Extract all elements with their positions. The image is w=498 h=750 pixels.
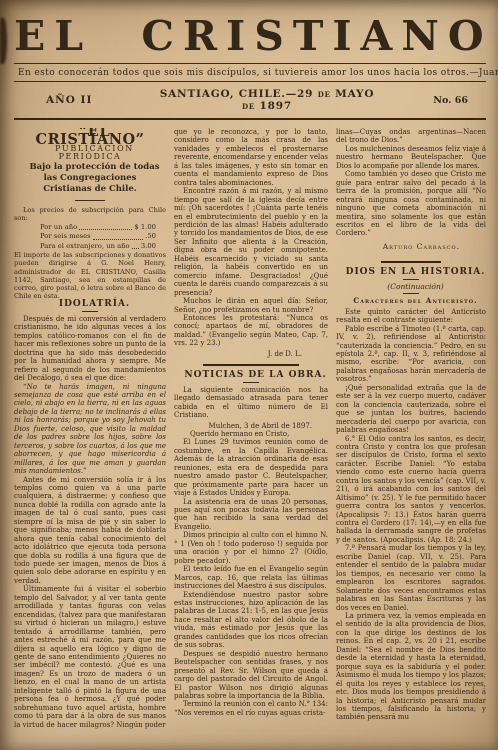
divider: [75, 200, 105, 201]
price-value: 3.00: [141, 242, 156, 252]
continuation-note: (Continuación): [336, 283, 486, 291]
article-paragraph: Los mulcheninos deseamos feliz viaje á n…: [336, 145, 486, 170]
article-paragraph: 6.° El Odio contra los santos, es decir,…: [336, 435, 486, 545]
article-paragraph: Muchos le dirán en aquel día: Señor, Señ…: [174, 297, 328, 314]
column-middle: que yo le reconozca, y por lo tanto, con…: [174, 128, 328, 740]
article-heading-noticias: NOTICIAS DE LA OBRA.: [174, 371, 328, 379]
article-paragraph: Extendiéndose nuestro pastor sobre estas…: [174, 591, 328, 650]
column-layout: “EL CRISTIANO” PUBLICACIÓN PERIÓDICA Baj…: [14, 128, 486, 740]
article-paragraph-quote: “No te harás imagen, ni ninguna semejanz…: [14, 383, 166, 476]
article-paragraph: Encontré razón á mi razón, y al mismo ti…: [174, 187, 328, 297]
dot-leader: [132, 248, 139, 249]
year-label: AÑO II: [18, 94, 156, 106]
masthead: EL CRISTIANO En esto conocerán todos que…: [14, 0, 486, 120]
article-heading-dios-historia: DIOS EN LA HISTORIA.: [336, 268, 486, 276]
article-paragraph: La asistencia era de unas 20 personas, p…: [174, 498, 328, 532]
article-paragraph: ¡Qué personalidad extraña que la de este…: [336, 384, 486, 435]
author-signature: Arturo Carrasco.: [336, 243, 486, 251]
article-paragraph: Terminó la reunión con el canto N.° 134:…: [174, 700, 328, 717]
article-heading-idolatria: IDOLATRÍA.: [14, 300, 166, 308]
publication-title: “EL CRISTIANO”: [14, 128, 166, 145]
admin-note: El importe de las subscripciones y donat…: [14, 251, 166, 300]
motto-text: En esto conocerán todos que sois mis dis…: [18, 68, 482, 78]
letter-salutation: Querido hermano en Cristo,: [174, 430, 328, 438]
price-label: Por seis meses: [40, 232, 91, 242]
price-row: Por seis meses .50: [14, 232, 166, 242]
page-content: EL CRISTIANO En esto conocerán todos que…: [0, 0, 498, 740]
dateline-bar: AÑO II SANTIAGO, CHILE.—29 de MAYO de 18…: [14, 82, 486, 120]
divider: [82, 311, 98, 312]
column-right: linas—Cuyas ondas argentinas—Nacen del t…: [336, 128, 486, 740]
column-left: “EL CRISTIANO” PUBLICACIÓN PERIÓDICA Baj…: [14, 128, 166, 740]
divider: [403, 293, 419, 294]
article-paragraph: Despues se despidió nuestro hermano Beut…: [174, 650, 328, 701]
protection-line: Bajo la protección de todas las Congrega…: [14, 162, 166, 195]
issue-number: No. 66: [378, 95, 482, 106]
price-row: Por un año $ 1.00: [14, 223, 166, 233]
article-paragraph: Después de mi conversión al verdadero cr…: [14, 315, 166, 383]
article-paragraph: La primera vez, la vemos empleada en el …: [336, 612, 486, 722]
article-paragraph: Como también yo deseo que Cristo me guíe…: [336, 170, 486, 238]
motto-bar: En esto conocerán todos que sois mis dis…: [14, 63, 486, 82]
price-value: $ 1.00: [134, 223, 156, 233]
price-label: Para el extranjero, un año: [40, 242, 130, 252]
letter-dateline: Mulchen, 3 de Abril de 1897.: [174, 422, 328, 430]
article-paragraph: Dimos principio al culto con el himno N.…: [174, 531, 328, 565]
divider: [403, 279, 419, 280]
section-divider: [203, 364, 299, 366]
article-subheading-anticristo: Caracteres del Anticristo.: [336, 297, 486, 305]
section-divider: [381, 261, 441, 263]
article-paragraph: Entonces les protestará: “Nunca os conoc…: [174, 314, 328, 348]
prices-intro: Los precios de subscripción para Chile s…: [14, 206, 166, 223]
article-paragraph: Este quinto carácter del Anticristo resa…: [336, 308, 486, 325]
article-paragraph: Antes de mi conversión solía ir á los te…: [14, 476, 166, 586]
price-row: Para el extranjero, un año 3.00: [14, 242, 166, 252]
newspaper-page: { "ink_color": "#33281a", "paper_color":…: [0, 0, 498, 750]
divider: [243, 382, 259, 383]
price-label: Por un año: [40, 223, 77, 233]
article-paragraph: El Lunes 29 tuvimos reunión como de cost…: [174, 438, 328, 497]
newspaper-title: EL CRISTIANO: [14, 12, 486, 60]
article-paragraph: El texto leído fue en el Evangelio según…: [174, 565, 328, 590]
author-signature: J. de D. L.: [174, 350, 328, 358]
scan-edge-smudge: [0, 18, 7, 64]
dot-leader: [79, 229, 132, 230]
article-paragraph: La siguiente comunicación nos ha llegado…: [174, 386, 328, 420]
article-paragraph: que yo le reconozca, y por lo tanto, con…: [174, 128, 328, 187]
article-paragraph: 7.ª Pensará mudar los tiempos y la ley, …: [336, 544, 486, 612]
article-paragraph: Últimamente fui á visitar el soberbio te…: [14, 585, 166, 729]
place-date: SANTIAGO, CHILE.—29 de MAYO de 1897: [156, 88, 378, 112]
price-value: .50: [145, 232, 156, 242]
article-paragraph: linas—Cuyas ondas argentinas—Nacen del t…: [336, 128, 486, 145]
article-paragraph: Pablo escribe á Timoteo (1.ª carta, cap.…: [336, 325, 486, 384]
dot-leader: [93, 239, 144, 240]
